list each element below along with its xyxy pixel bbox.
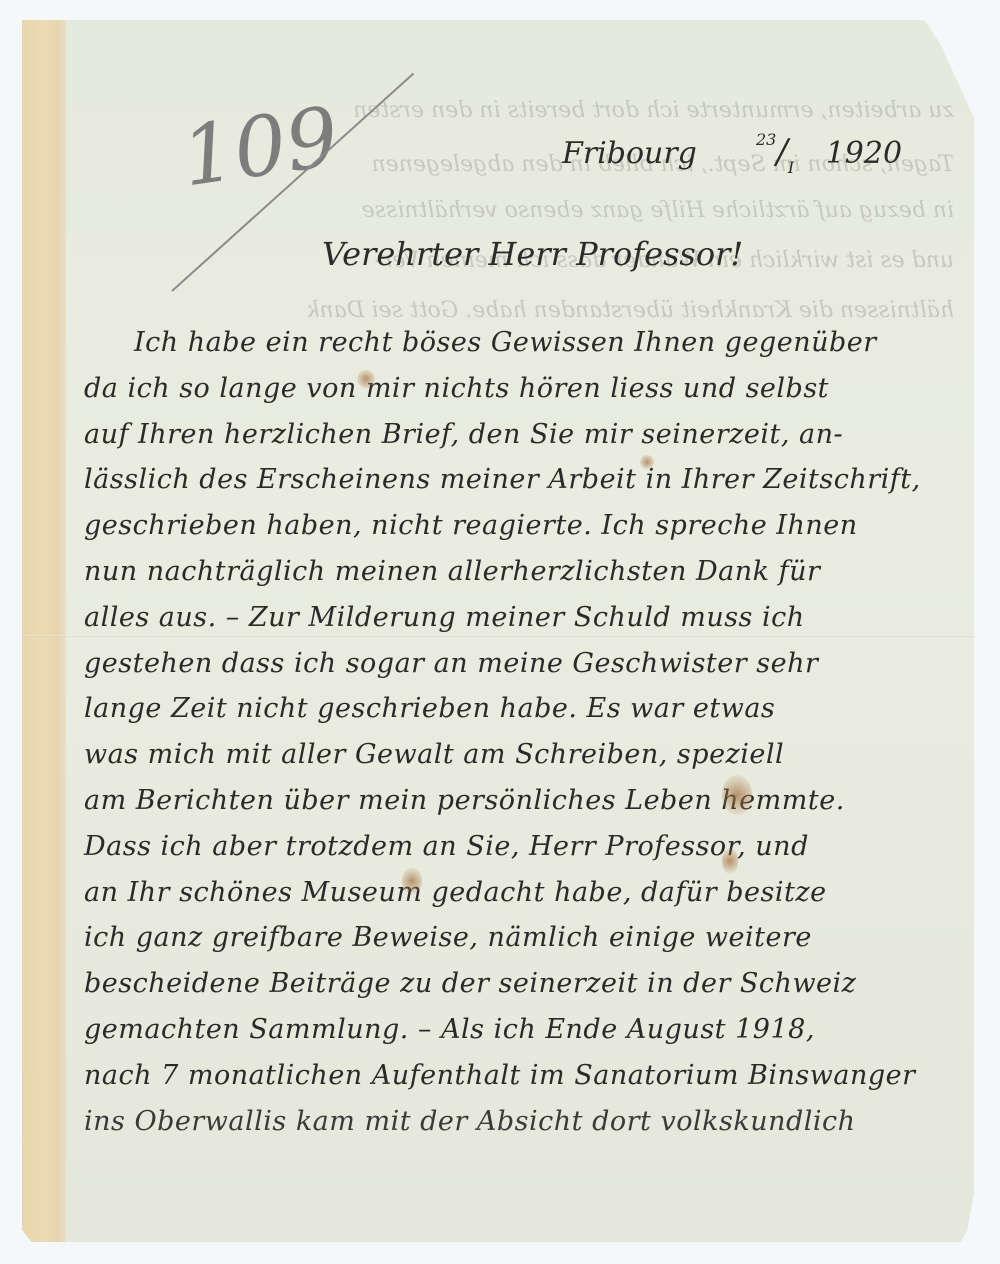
- body-line: gemachten Sammlung. – Als ich Ende Augus…: [84, 1007, 994, 1053]
- date-year: 1920: [826, 136, 902, 171]
- date-place: Fribourg: [562, 136, 697, 171]
- body-line: nach 7 monatlichen Aufenthalt im Sanator…: [84, 1053, 994, 1099]
- letter-page: zu arbeiten, ermunterte ich dort bereits…: [22, 20, 974, 1242]
- rust-stain: [722, 848, 738, 874]
- letter-date: Fribourg 23/I 1920: [562, 132, 902, 172]
- body-line: alles aus. – Zur Milderung meiner Schuld…: [84, 595, 994, 641]
- body-line: geschrieben haben, nicht reagierte. Ich …: [84, 503, 994, 549]
- ink-stain: [357, 370, 375, 388]
- body-line: lässlich des Erscheinens meiner Arbeit i…: [84, 457, 994, 503]
- body-line: gestehen dass ich sogar an meine Geschwi…: [84, 641, 994, 687]
- body-line: am Berichten über mein persönliches Lebe…: [84, 778, 994, 824]
- date-day: 23: [756, 130, 776, 149]
- body-line: an Ihr schönes Museum gedacht habe, dafü…: [84, 870, 994, 916]
- date-month: I: [788, 158, 794, 177]
- salutation: Verehrter Herr Professor!: [322, 235, 743, 273]
- rust-stain: [402, 868, 422, 894]
- body-line: lange Zeit nicht geschrieben habe. Es wa…: [84, 686, 994, 732]
- rust-stain: [722, 775, 752, 815]
- body-line: ich ganz greifbare Beweise, nämlich eini…: [84, 915, 994, 961]
- body-line: ins Oberwallis kam mit der Absicht dort …: [84, 1099, 994, 1145]
- tape-strip: [22, 20, 66, 1242]
- letter-body: Ich habe ein recht böses Gewissen Ihnen …: [84, 320, 994, 1144]
- body-line: Ich habe ein recht böses Gewissen Ihnen …: [84, 320, 994, 366]
- body-line: da ich so lange von mir nichts hören lie…: [84, 366, 994, 412]
- body-line: bescheidene Beiträge zu der seinerzeit i…: [84, 961, 994, 1007]
- body-line: auf Ihren herzlichen Brief, den Sie mir …: [84, 412, 994, 458]
- body-line: nun nachträglich meinen allerherzlichste…: [84, 549, 994, 595]
- body-line: was mich mit aller Gewalt am Schreiben, …: [84, 732, 994, 778]
- bleed-through-line: in bezug auf ärztliche Hilfe ganz ebenso…: [102, 198, 954, 223]
- ink-stain: [640, 455, 654, 469]
- body-line: Dass ich aber trotzdem an Sie, Herr Prof…: [84, 824, 994, 870]
- folio-number: 109: [176, 90, 344, 206]
